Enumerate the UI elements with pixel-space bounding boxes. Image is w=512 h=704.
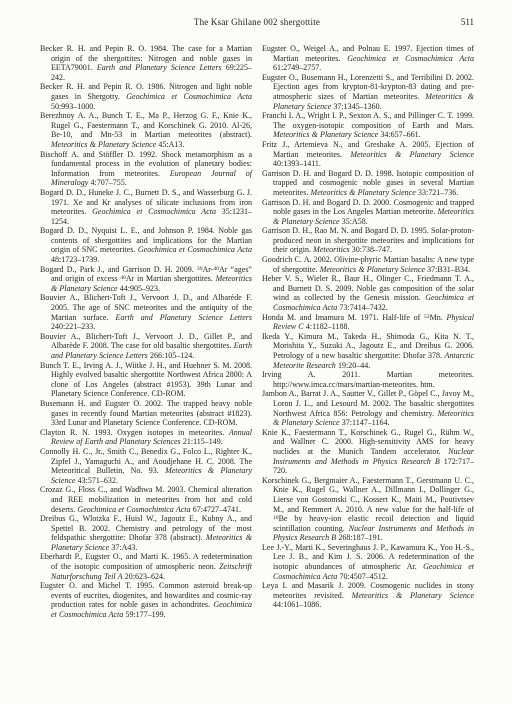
reference-text: 48:1723–1739.: [51, 255, 99, 264]
reference-text: 59:177–199.: [123, 610, 165, 619]
journal-title: Geochimica et Cosmochimica Acta: [138, 245, 252, 254]
reference-text: 44:905–923.: [118, 284, 160, 293]
reference-text: 34:657–661.: [378, 130, 420, 139]
journal-title: Meteoritics & Planetary Science: [320, 265, 425, 274]
reference-entry: Becker R. H. and Pepin R. O. 1984. The c…: [40, 44, 252, 82]
journal-title: Earth and Planetary Science Letters: [97, 63, 222, 72]
reference-entry: Garrison D. H. and Bogard D. D. 2000. Co…: [262, 198, 474, 227]
reference-entry: Dreibus G., Wlotzka F., Huisl W., Jagout…: [40, 514, 252, 552]
reference-text: Ar in Martian shergottites.: [126, 274, 216, 283]
reference-text: Ikeda Y., Kimura M., Takeda H., Shimoda …: [262, 332, 474, 360]
reference-text: 33:721–736.: [416, 188, 458, 197]
reference-entry: Crozaz G., Floss C., and Wadhwa M. 2003.…: [40, 485, 252, 514]
reference-text: 43:571–632.: [75, 476, 117, 485]
reference-text: 268:187–191.: [336, 533, 382, 542]
reference-entry: Clayton R. N. 1993. Oxygen isotopes in m…: [40, 428, 252, 447]
journal-title: Meteoritics & Planetary Science: [350, 150, 474, 159]
reference-text: Mn.: [430, 313, 447, 322]
reference-text: 35:A58.: [340, 217, 368, 226]
reference-entry: Bouvier A., Blichert-Toft J., Vervoort J…: [40, 332, 252, 361]
reference-text: 70:4507–4512.: [337, 572, 387, 581]
journal-title: Meteoritics: [313, 245, 349, 254]
reference-entry: Lee J.-Y., Marti K., Severinghaus J. P.,…: [262, 543, 474, 581]
reference-entry: Honda M. and Imamura M. 1971. Half-life …: [262, 313, 474, 332]
reference-text: 37:B31–B34.: [425, 265, 470, 274]
journal-title: Meteoritics & Planetary Science: [311, 188, 416, 197]
reference-text: 37:A43.: [109, 543, 137, 552]
reference-text: 30:738–747.: [350, 245, 392, 254]
reference-columns: Becker R. H. and Pepin R. O. 1984. The c…: [40, 44, 474, 620]
reference-entry: Eugster O., Weigel A., and Polnau E. 199…: [262, 44, 474, 73]
reference-text: Knie K., Faestermann T., Korschinek G., …: [262, 428, 474, 456]
references-column-right: Eugster O., Weigel A., and Polnau E. 199…: [262, 44, 474, 620]
reference-text: Ar-: [202, 265, 213, 274]
reference-text: 37:1345–1360.: [331, 102, 381, 111]
reference-text: 44:1061–1086.: [273, 600, 321, 609]
reference-entry: Eugster O. and Michel T. 1995. Common as…: [40, 581, 252, 619]
journal-page: The Ksar Ghilane 002 shergottite 511 Bec…: [0, 0, 512, 704]
reference-text: Clayton R. N. 1993. Oxygen isotopes in m…: [40, 428, 229, 437]
journal-title: Geochimica et Cosmochimica Acta: [77, 505, 190, 514]
reference-text: 73:7414–7432.: [337, 303, 387, 312]
reference-entry: Eugster O., Busemann H., Lorenzetti S., …: [262, 73, 474, 111]
reference-entry: Ikeda Y., Kimura M., Takeda H., Shimoda …: [262, 332, 474, 370]
reference-entry: Bouvier A., Blichert-Toft J., Vervoort J…: [40, 293, 252, 331]
reference-text: Bunch T. E., Irving A. J., Wiitke J. H.,…: [40, 361, 252, 399]
reference-text: 4:1182–1188.: [304, 322, 350, 331]
reference-entry: Bogard D. D., Nyquist L. E., and Johnson…: [40, 226, 252, 264]
reference-entry: Franchi I. A., Wright I. P., Sexton A. S…: [262, 111, 474, 140]
journal-title: Geochimica et Cosmochimica Acta: [92, 207, 216, 216]
reference-text: 67:4727–4741.: [191, 505, 241, 514]
journal-title: Geochimica et Cosmochimica Acta: [126, 92, 252, 101]
reference-text: Irving A. 2011. Martian meteorites. http…: [262, 370, 474, 389]
reference-text: 20:623–624.: [123, 572, 165, 581]
reference-text: 50:993–1000.: [51, 102, 95, 111]
journal-title: Meteoritics & Planetary Science: [352, 591, 474, 600]
journal-title: Meteoritics & Planetary Science: [273, 130, 378, 139]
reference-text: 19:20–44.: [336, 361, 370, 370]
reference-text: 266:105–124.: [148, 351, 194, 360]
reference-entry: Jambon A., Barrat J. A., Sautter V., Gil…: [262, 389, 474, 427]
reference-text: Bouvier A., Blichert-Toft J., Vervoort J…: [40, 332, 252, 351]
reference-entry: Heber V. S., Wieler R., Baur H., Olinger…: [262, 274, 474, 312]
reference-text: Honda M. and Imamura M. 1971. Half-life …: [262, 313, 424, 322]
reference-entry: Knie K., Faestermann T., Korschinek G., …: [262, 428, 474, 476]
page-number: 511: [461, 17, 474, 28]
reference-entry: Garrison D. H. and Bogard D. D. 1998. Is…: [262, 169, 474, 198]
reference-text: 45:A13.: [156, 140, 184, 149]
reference-text: Korschinek G., Bergmaier A., Faestermann…: [262, 476, 474, 514]
reference-text: Busemann H. and Eugster O. 2002. The tra…: [40, 399, 252, 427]
reference-entry: Busemann H. and Eugster O. 2002. The tra…: [40, 399, 252, 428]
reference-text: 37:1147–1164.: [340, 418, 390, 427]
reference-entry: Goodrich C. A. 2002. Olivine-phyric Mart…: [262, 255, 474, 274]
reference-text: Bogard D., Park J., and Garrison D. H. 2…: [40, 265, 197, 274]
reference-entry: Becker R. H. and Pepin R. O. 1986. Nitro…: [40, 82, 252, 111]
reference-entry: Bunch T. E., Irving A. J., Wiitke J. H.,…: [40, 361, 252, 399]
reference-text: 4:707–755.: [88, 178, 126, 187]
reference-text: Berezhnoy A. A., Bunch T. E., Ma P., Her…: [40, 111, 252, 139]
reference-text: 21:115–149.: [181, 437, 223, 446]
reference-entry: Garrison D. H., Rao M. N. and Bogard D. …: [262, 226, 474, 255]
reference-entry: Berezhnoy A. A., Bunch T. E., Ma P., Her…: [40, 111, 252, 149]
page-header-title: The Ksar Ghilane 002 shergottite: [40, 17, 474, 28]
reference-entry: Bischoff A. and Stöffler D. 1992. Shock …: [40, 150, 252, 188]
references-column-left: Becker R. H. and Pepin R. O. 1984. The c…: [40, 44, 252, 620]
reference-text: 40:1393–1411.: [273, 159, 321, 168]
journal-title: Earth and Planetary Science Letters: [115, 313, 252, 322]
reference-entry: Bogard D., Park J., and Garrison D. H. 2…: [40, 265, 252, 294]
journal-title: Meteoritics & Planetary Science: [51, 140, 156, 149]
reference-entry: Leya I. and Masarik J. 2009. Cosmogenic …: [262, 581, 474, 610]
reference-text: 240:221–233.: [51, 322, 95, 331]
reference-text: 61:2749–2757.: [273, 63, 321, 72]
reference-text: Franchi I. A., Wright I. P., Sexton A. S…: [262, 111, 474, 130]
journal-title: Geochimica et Cosmochimica Acta: [347, 54, 474, 63]
reference-entry: Korschinek G., Bergmaier A., Faestermann…: [262, 476, 474, 543]
reference-entry: Eberhardt P., Eugster O., and Marti K. 1…: [40, 552, 252, 581]
reference-entry: Connolly H. C., Jr., Smith C., Benedix G…: [40, 447, 252, 485]
reference-entry: Fritz J., Artemieva N., and Greshake A. …: [262, 140, 474, 169]
reference-entry: Bogard D. D., Huneke J. C., Burnett D. S…: [40, 188, 252, 226]
running-head: The Ksar Ghilane 002 shergottite 511: [40, 17, 474, 29]
reference-entry: Irving A. 2011. Martian meteorites. http…: [262, 370, 474, 389]
